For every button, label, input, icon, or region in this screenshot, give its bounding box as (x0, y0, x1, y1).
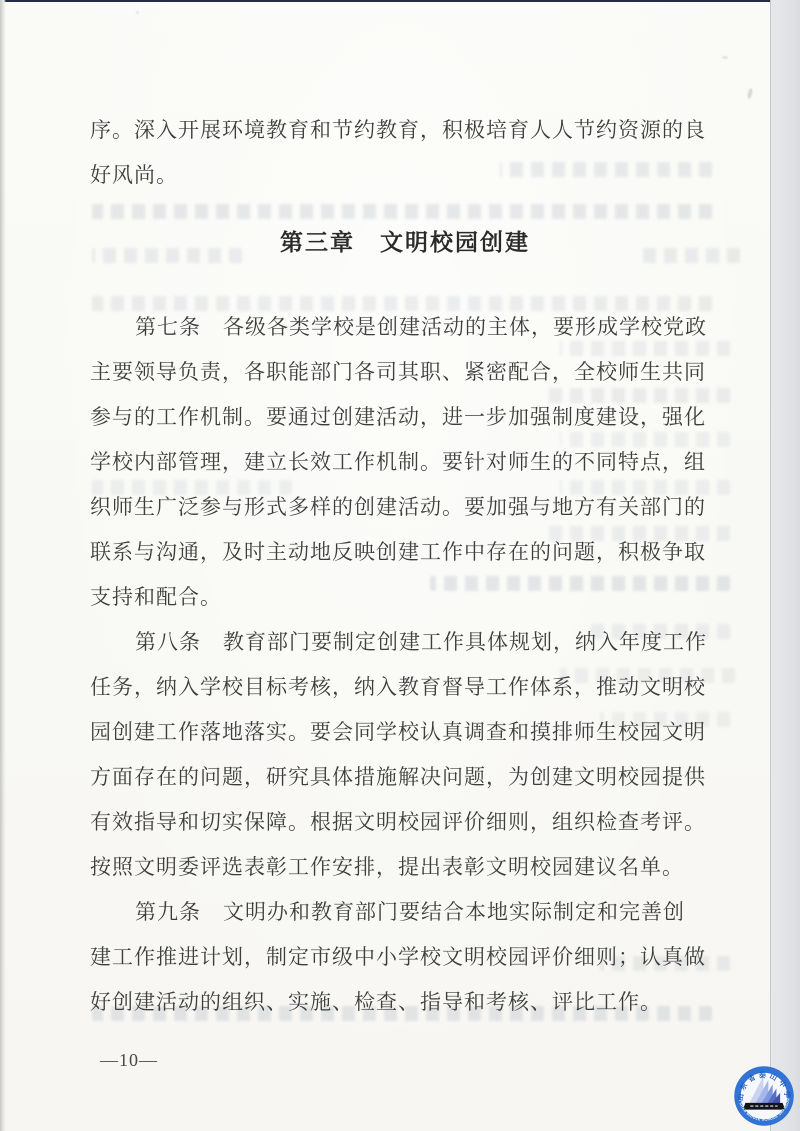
text-line: 方面存在的问题，研究具体措施解决问题，为创建文明校园提供 (90, 755, 720, 800)
school-stamp: 山东省泰山中学 TAI SHAN MIDDLE SCHOOL SHANDONG (733, 1065, 795, 1127)
document-body: 序。深入开展环境教育和节约教育，积极培育人人节约资源的良好风尚。第三章 文明校园… (90, 108, 720, 1025)
text-line: 参与的工作机制。要通过创建活动，进一步加强制度建设，强化 (90, 395, 720, 440)
scan-left-edge (0, 0, 6, 1131)
page-number: —10— (100, 1049, 158, 1071)
chapter-heading: 第三章 文明校园创建 (90, 220, 720, 265)
scan-right-margin (770, 0, 800, 1131)
paragraph: 序。深入开展环境教育和节约教育，积极培育人人节约资源的良好风尚。 (90, 108, 720, 198)
text-line: 第九条 文明办和教育部门要结合本地实际制定和完善创 (90, 890, 720, 935)
text-line: 第七条 各级各类学校是创建活动的主体，要形成学校党政 (90, 305, 720, 350)
stamp-base-band (743, 1103, 785, 1110)
text-line: 建工作推进计划，制定市级中小学校文明校园评价细则；认真做 (90, 935, 720, 980)
paragraph: 第七条 各级各类学校是创建活动的主体，要形成学校党政主要领导负责，各职能部门各司… (90, 305, 720, 620)
text-line: 好创建活动的组织、实施、检查、指导和考核、评比工作。 (90, 980, 720, 1025)
text-line: 好风尚。 (90, 153, 720, 198)
text-line: 织师生广泛参与形式多样的创建活动。要加强与地方有关部门的 (90, 485, 720, 530)
paragraph: 第八条 教育部门要制定创建工作具体规划，纳入年度工作任务，纳入学校目标考核，纳入… (90, 620, 720, 890)
text-line: 联系与沟通，及时主动地反映创建工作中存在的问题，积极争取 (90, 530, 720, 575)
text-line: 有效指导和切实保障。根据文明校园评价细则，组织检查考评。 (90, 800, 720, 845)
scan-smudge (136, 11, 139, 14)
text-line: 按照文明委评选表彰工作安排，提出表彰文明校园建议名单。 (90, 845, 720, 890)
text-line: 学校内部管理，建立长效工作机制。要针对师生的不同特点，组 (90, 440, 720, 485)
text-line: 任务，纳入学校目标考核，纳入教育督导工作体系，推动文明校 (90, 665, 720, 710)
text-line: 园创建工作落地落实。要会同学校认真调查和摸排师生校园文明 (90, 710, 720, 755)
text-line: 第八条 教育部门要制定创建工作具体规划，纳入年度工作 (90, 620, 720, 665)
paragraph: 第九条 文明办和教育部门要结合本地实际制定和完善创建工作推进计划，制定市级中小学… (90, 890, 720, 1025)
scan-top-edge (0, 0, 800, 2)
text-line: 主要领导负责，各职能部门各司其职、紧密配合，全校师生共同 (90, 350, 720, 395)
text-line: 序。深入开展环境教育和节约教育，积极培育人人节约资源的良 (90, 108, 720, 153)
scan-smudge (722, 56, 728, 59)
text-line: 支持和配合。 (90, 575, 720, 620)
